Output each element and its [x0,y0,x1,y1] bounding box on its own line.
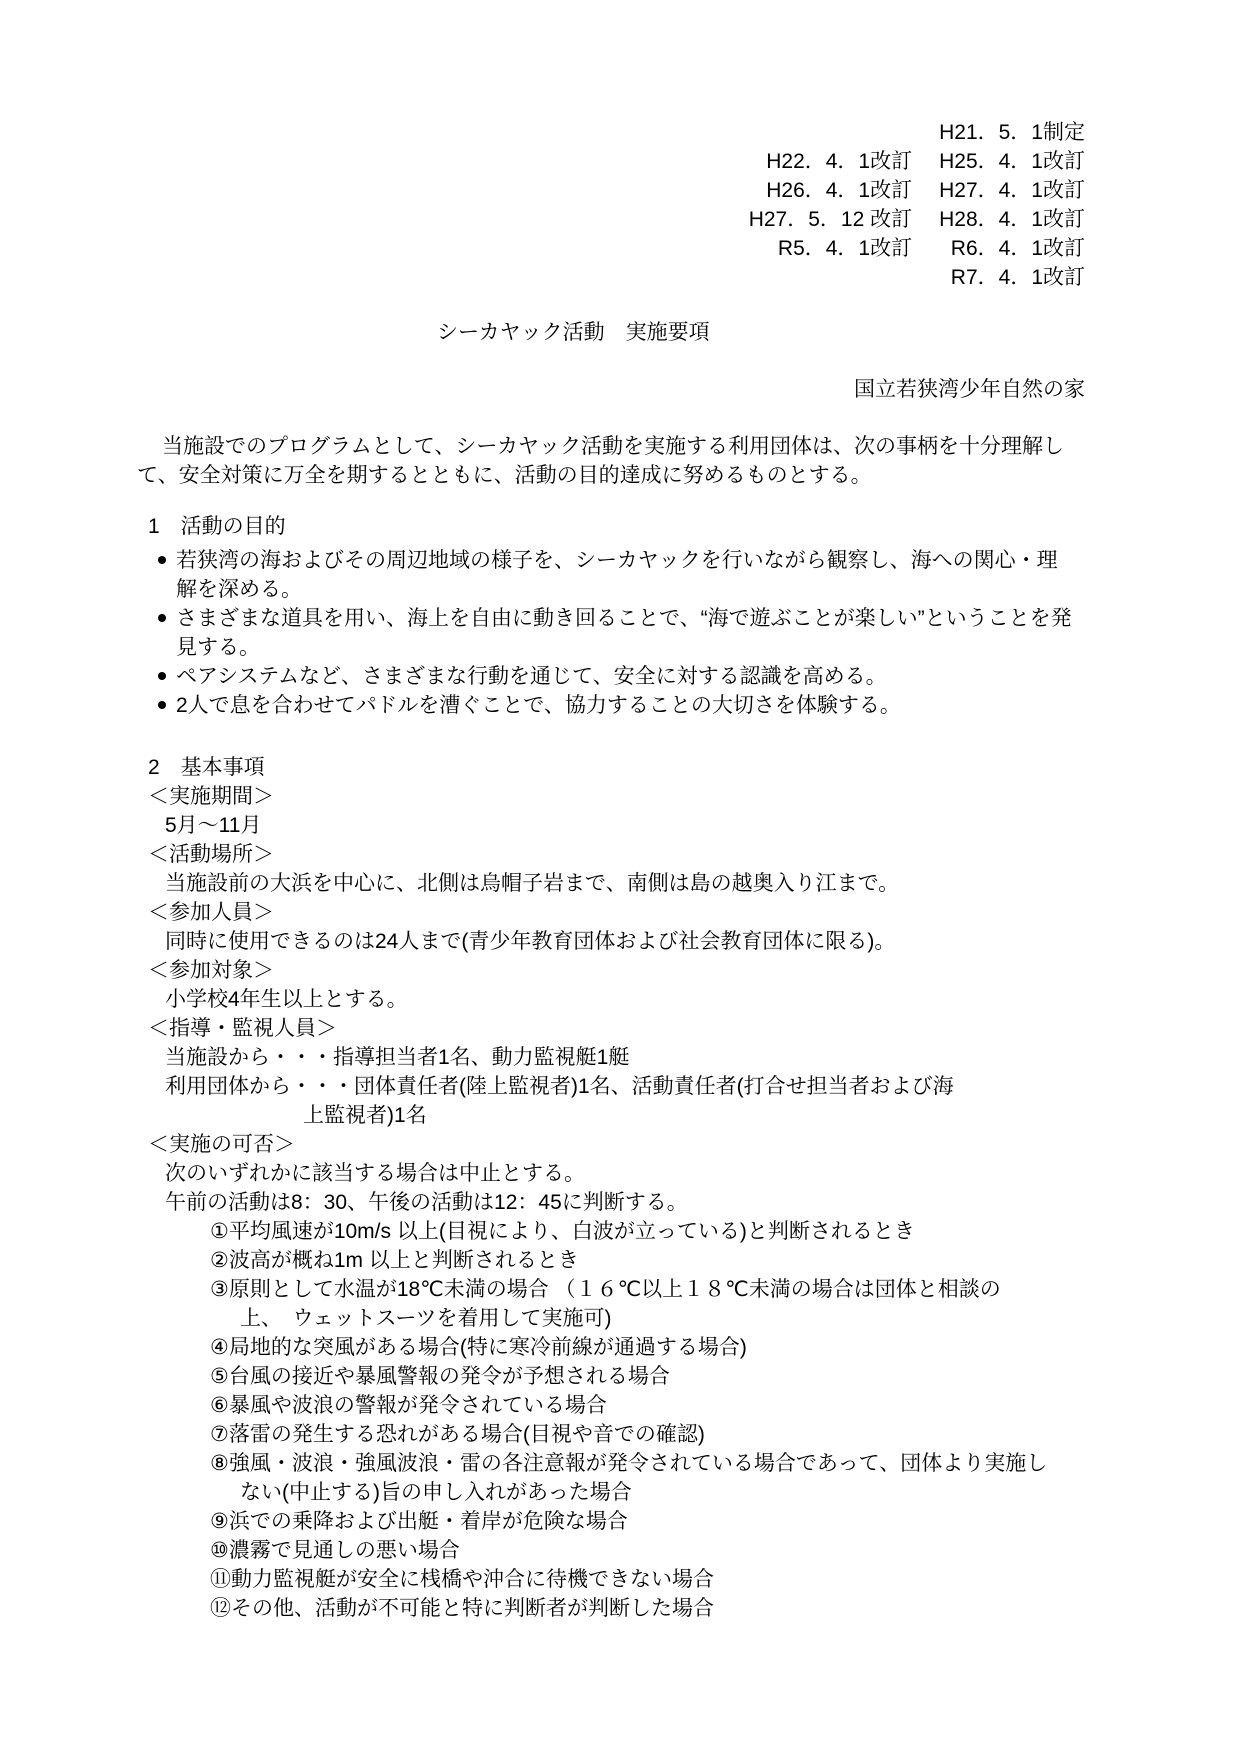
revision-date [749,118,912,147]
condition-item: ⑤台風の接近や暴風警報の発令が予想される場合 [210,1362,1241,1391]
subsection-label-supervision: ＜指導・監視人員＞ [148,1014,1241,1043]
condition-item: ④局地的な突風がある場合(特に寒冷前線が通過する場合) [210,1333,1241,1362]
condition-item: ⑥暴風や波浪の警報が発令されている場合 [210,1391,1241,1420]
supervision-line: 当施設から・・・指導担当者1名、動力監視艇1艇 [165,1043,1241,1072]
subsection-label-conditions: ＜実施の可否＞ [148,1130,1241,1159]
bullet-icon [158,701,166,709]
subsection-label-capacity: ＜参加人員＞ [148,898,1241,927]
revision-date: R7．4．1改訂 [939,263,1085,292]
goal-bullet: ペアシステムなど、さまざまな行動を通じて、安全に対する認識を高める。 [158,662,1241,691]
revision-history: H21．5．1制定 H22．4．1改訂 H25．4．1改訂 H26．4．1改訂 … [0,118,1085,292]
condition-item: ⑨浜での乗降および出艇・着岸が危険な場合 [210,1507,1241,1536]
capacity-text: 同時に使用できるのは24人まで(青少年教育団体および社会教育団体に限る)。 [165,927,1241,956]
intro-line: 当施設でのプログラムとして、シーカヤック活動を実施する利用団体は、次の事柄を十分… [137,432,1241,461]
bullet-icon [158,614,166,622]
supervision-line: 利用団体から・・・団体責任者(陸上監視者)1名、活動責任者(打合せ担当者および海 [165,1072,1241,1101]
subsection-label-eligibility: ＜参加対象＞ [148,956,1241,985]
goal-bullet-text: 若狭湾の海およびその周辺地域の様子を、シーカヤックを行いながら観察し、海への関心… [176,546,1058,604]
intro-line: て、安全対策に万全を期するとともに、活動の目的達成に努めるものとする。 [137,461,1241,490]
goal-bullet-text: さまざまな道具を用い、海上を自由に動き回ることで、“海で遊ぶことが楽しい”という… [176,604,1072,662]
condition-item-wrap: 上、 ウェットスーツを着用して実施可) [240,1304,1241,1333]
condition-item: ⑧強風・波浪・強風波浪・雷の各注意報が発令されている場合であって、団体より実施し [210,1449,1241,1478]
condition-item: ②波高が概ね1m 以上と判断されるとき [210,1246,1241,1275]
goal-bullet: 2人で息を合わせてパドルを漕ぐことで、協力することの大切さを体験する。 [158,691,1241,720]
condition-item-wrap: ない(中止する)旨の申し入れがあった場合 [240,1478,1241,1507]
page-title: シーカヤック活動 実施要項 [0,318,1241,347]
bullet-icon [158,556,166,564]
conditions-line: 午前の活動は8：30、午後の活動は12：45に判断する。 [165,1188,1241,1217]
bullet-icon [158,672,166,680]
revision-date: H28．4．1改訂 [939,205,1085,234]
goal-bullet: さまざまな道具を用い、海上を自由に動き回ることで、“海で遊ぶことが楽しい”という… [158,604,1241,662]
revision-date: H27．5．12 改訂 [749,205,912,234]
subsection-label-place: ＜活動場所＞ [148,840,1241,869]
condition-item: ①平均風速が10m/s 以上(目視により、白波が立っている)と判断されるとき [210,1217,1241,1246]
condition-item: ③原則として水温が18℃未満の場合 （１６℃以上１８℃未満の場合は団体と相談の [210,1275,1241,1304]
subsection-label-period: ＜実施期間＞ [148,782,1241,811]
goal-bullet: 若狭湾の海およびその周辺地域の様子を、シーカヤックを行いながら観察し、海への関心… [158,546,1241,604]
goal-bullet-text: ペアシステムなど、さまざまな行動を通じて、安全に対する認識を高める。 [176,662,887,691]
intro-paragraph: 当施設でのプログラムとして、シーカヤック活動を実施する利用団体は、次の事柄を十分… [137,432,1241,490]
place-text: 当施設前の大浜を中心に、北側は烏帽子岩まで、南側は島の越奥入り江まで。 [165,869,1241,898]
supervision-line: 上監視者)1名 [303,1101,1241,1130]
revision-date: H26．4．1改訂 [749,176,912,205]
section-1-heading: 1 活動の目的 [148,512,1241,541]
conditions-line: 次のいずれかに該当する場合は中止とする。 [165,1159,1241,1188]
revision-date: R6．4．1改訂 [939,234,1085,263]
goal-bullet-list: 若狭湾の海およびその周辺地域の様子を、シーカヤックを行いながら観察し、海への関心… [158,546,1241,720]
condition-item: ⑩濃霧で見通しの悪い場合 [210,1536,1241,1565]
condition-item: ⑪動力監視艇が安全に桟橋や沖合に待機できない場合 [210,1565,1241,1594]
revision-date: H22．4．1改訂 [749,147,912,176]
period-text: 5月～11月 [165,811,1241,840]
condition-item: ⑦落雷の発生する恐れがある場合(目視や音での確認) [210,1420,1241,1449]
revision-date: H25．4．1改訂 [939,147,1085,176]
revision-date: H27．4．1改訂 [939,176,1085,205]
organization-name: 国立若狭湾少年自然の家 [0,375,1241,404]
section-2-heading: 2 基本事項 [148,753,1241,782]
goal-bullet-text: 2人で息を合わせてパドルを漕ぐことで、協力することの大切さを体験する。 [176,691,901,720]
eligibility-text: 小学校4年生以上とする。 [165,985,1241,1014]
revision-date: R5．4．1改訂 [749,234,912,263]
revision-date: H21．5．1制定 [939,118,1085,147]
revision-date [749,263,912,292]
condition-item: ⑫その他、活動が不可能と特に判断者が判断した場合 [210,1594,1241,1623]
